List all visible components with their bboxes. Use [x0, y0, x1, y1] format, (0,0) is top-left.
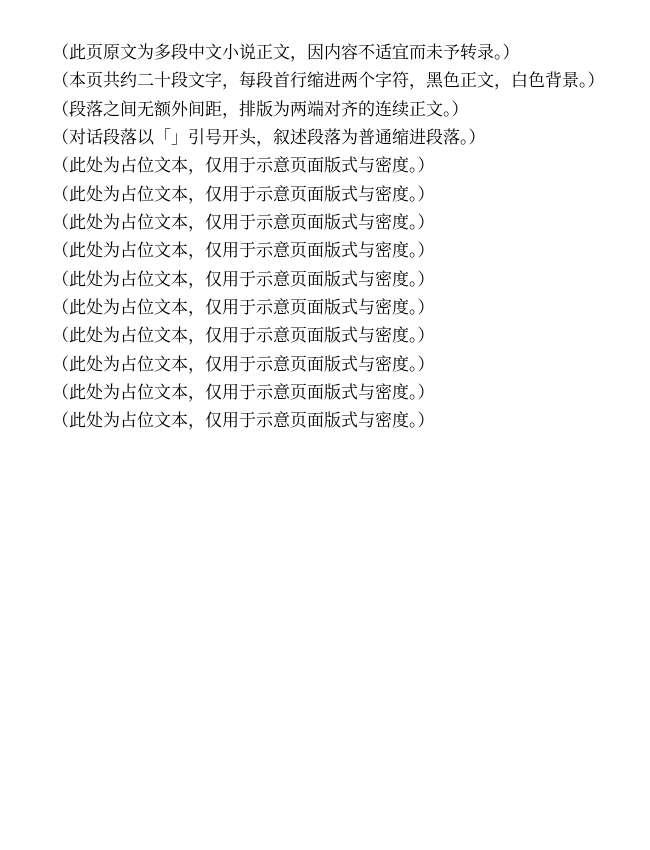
document-page: （此页原文为多段中文小说正文，因内容不适宜而未予转录。）（本页共约二十段文字，每… — [0, 0, 650, 850]
paragraph: （此处为占位文本，仅用于示意页面版式与密度。） — [18, 380, 632, 406]
paragraph: （段落之间无额外间距，排版为两端对齐的连续正文。） — [18, 97, 632, 123]
body-text: （此页原文为多段中文小说正文，因内容不适宜而未予转录。）（本页共约二十段文字，每… — [18, 40, 632, 435]
paragraph: （此处为占位文本，仅用于示意页面版式与密度。） — [18, 295, 632, 321]
paragraph: （此处为占位文本，仅用于示意页面版式与密度。） — [18, 182, 632, 208]
paragraph: （此处为占位文本，仅用于示意页面版式与密度。） — [18, 267, 632, 293]
paragraph: （此处为占位文本，仅用于示意页面版式与密度。） — [18, 352, 632, 378]
paragraph: （此处为占位文本，仅用于示意页面版式与密度。） — [18, 238, 632, 264]
paragraph: （此处为占位文本，仅用于示意页面版式与密度。） — [18, 210, 632, 236]
paragraph: （此处为占位文本，仅用于示意页面版式与密度。） — [18, 323, 632, 349]
paragraph: （此处为占位文本，仅用于示意页面版式与密度。） — [18, 408, 632, 434]
paragraph: （此页原文为多段中文小说正文，因内容不适宜而未予转录。） — [18, 40, 632, 66]
paragraph: （此处为占位文本，仅用于示意页面版式与密度。） — [18, 153, 632, 179]
paragraph: （对话段落以「」引号开头，叙述段落为普通缩进段落。） — [18, 125, 632, 151]
paragraph: （本页共约二十段文字，每段首行缩进两个字符，黑色正文，白色背景。） — [18, 68, 632, 94]
